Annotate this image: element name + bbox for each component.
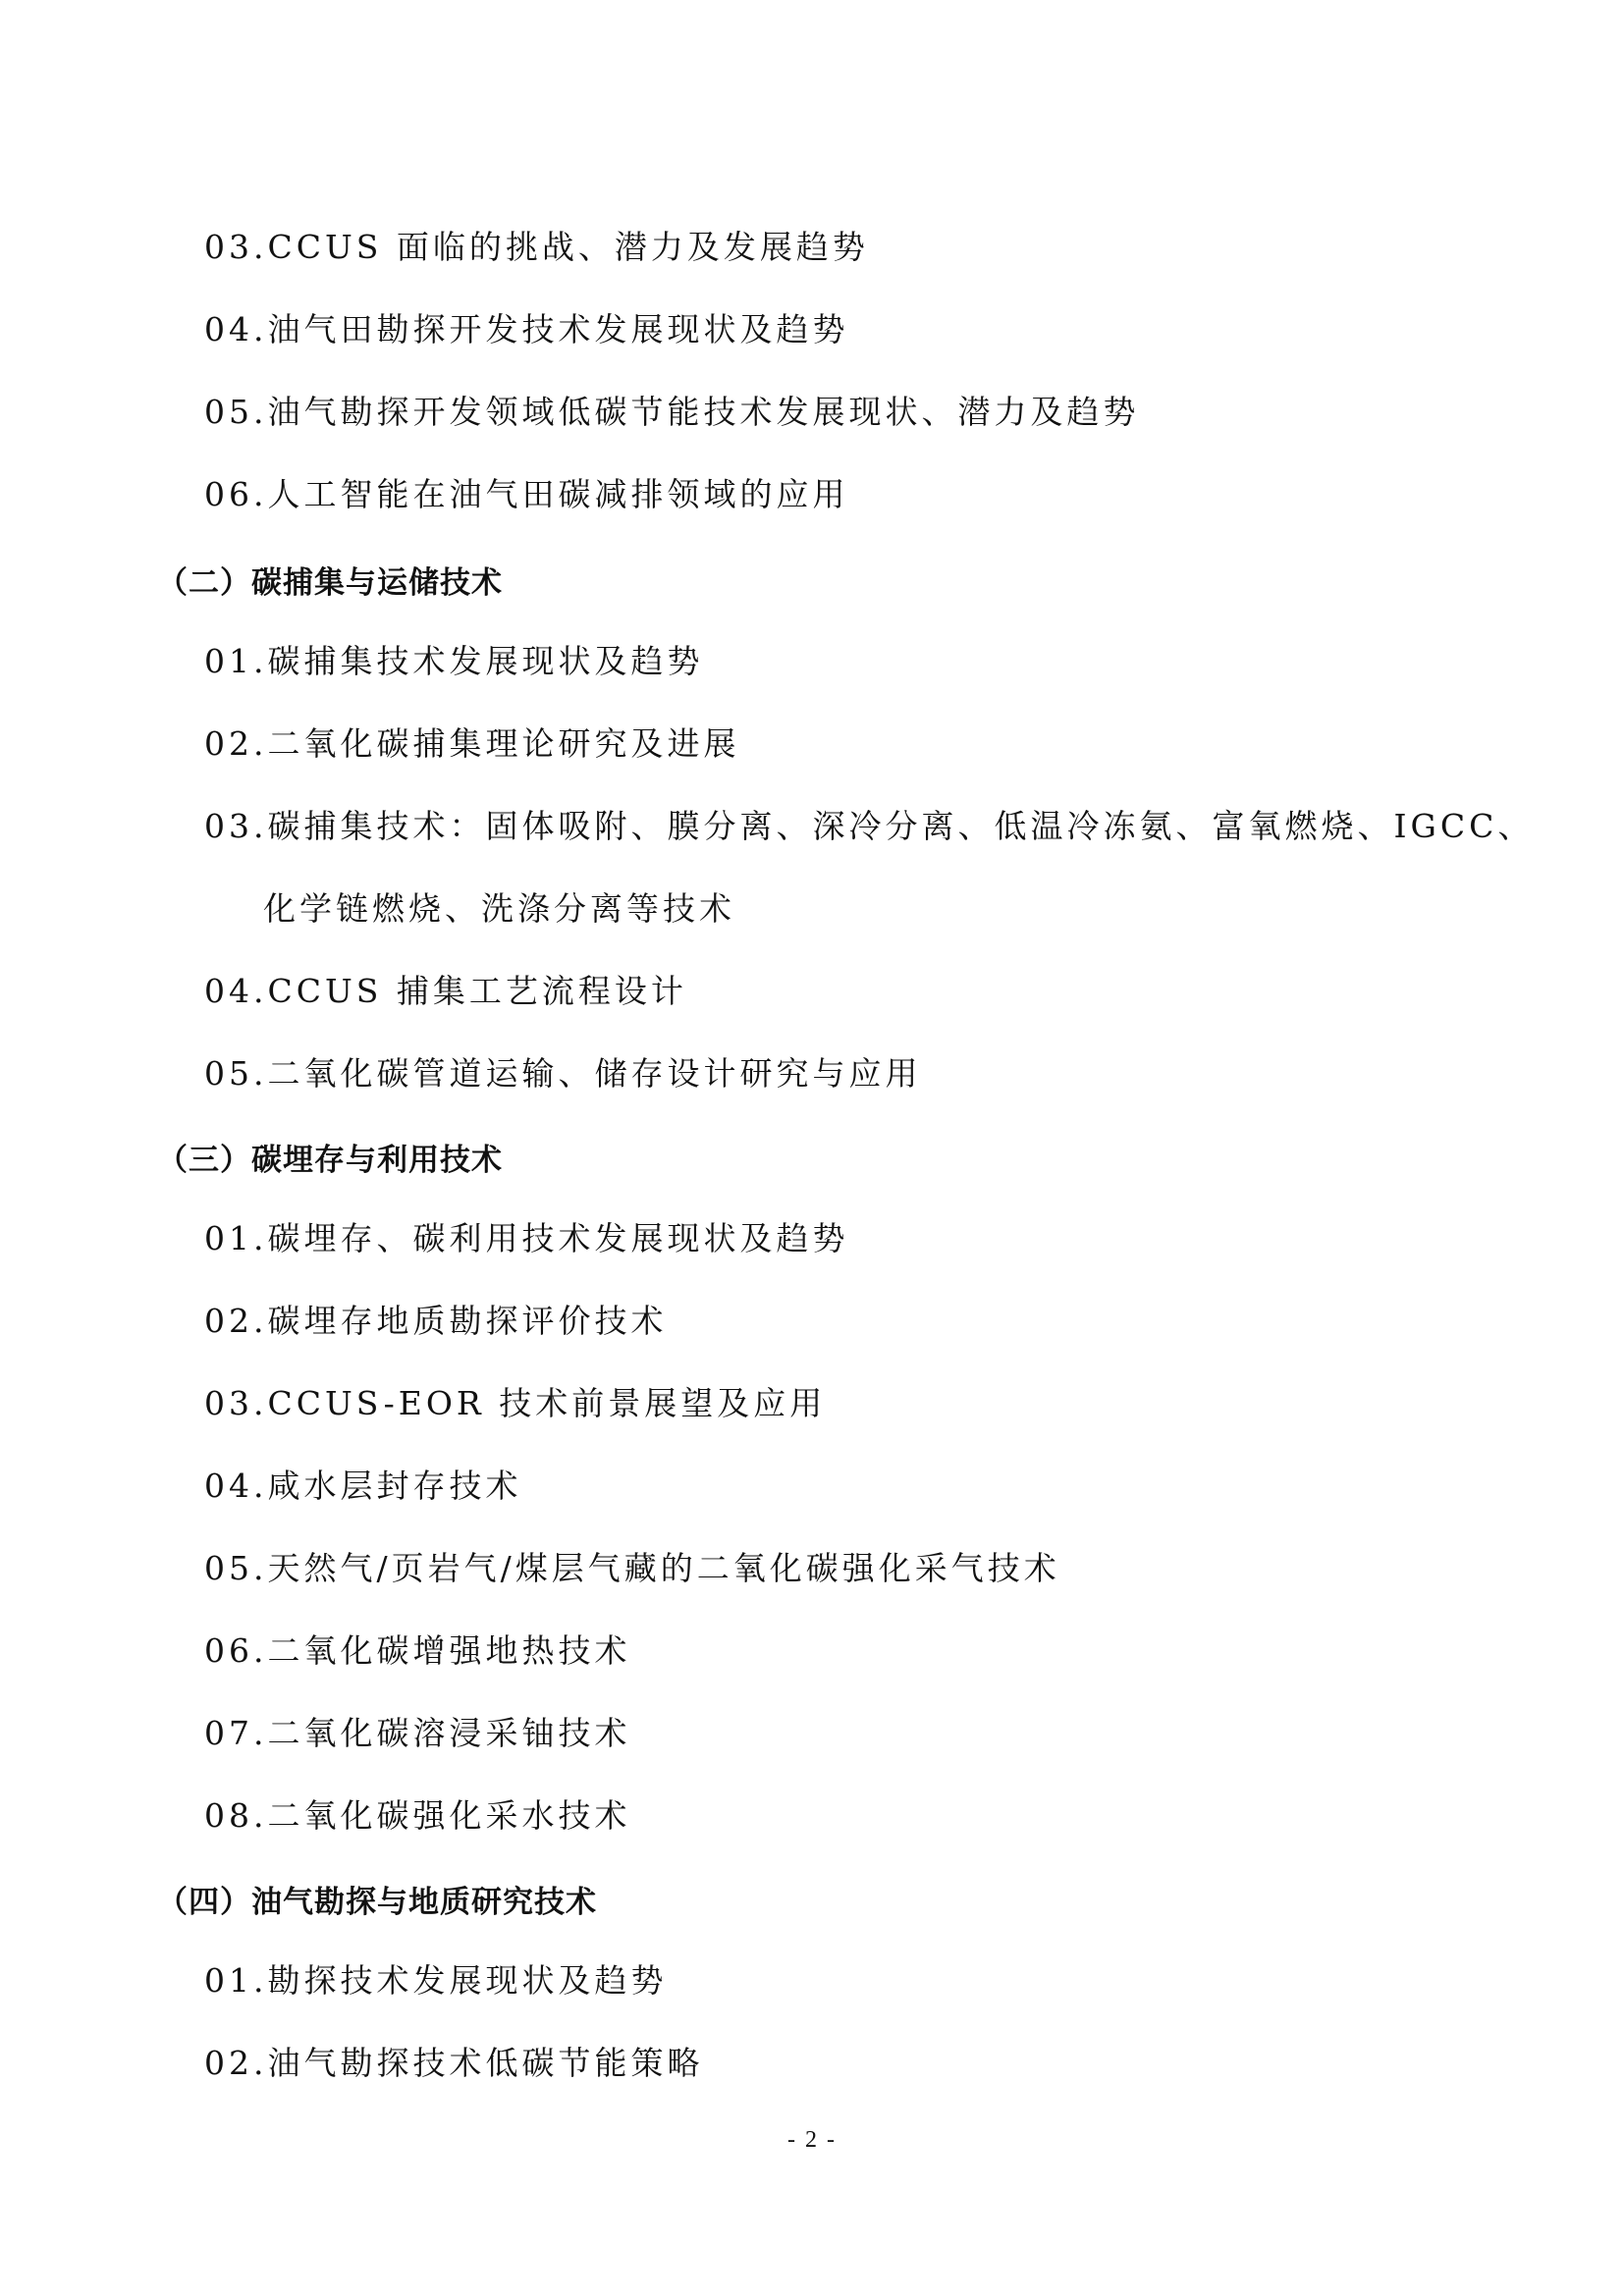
list-item: 04.CCUS 捕集工艺流程设计: [204, 972, 687, 1011]
list-item: 03.CCUS-EOR 技术前景展望及应用: [204, 1384, 826, 1423]
list-item: 05.天然气/页岩气/煤层气藏的二氧化碳强化采气技术: [204, 1549, 1060, 1588]
list-item-continuation: 化学链燃烧、洗涤分离等技术: [263, 889, 735, 929]
section-heading: （二）碳捕集与运储技术: [157, 563, 503, 603]
list-item: 05.二氧化碳管道运输、储存设计研究与应用: [204, 1054, 921, 1094]
page-number: - 2 -: [0, 2127, 1624, 2154]
list-item: 06.人工智能在油气田碳减排领域的应用: [204, 475, 848, 514]
list-item: 05.油气勘探开发领域低碳节能技术发展现状、潜力及趋势: [204, 393, 1139, 432]
list-item: 01.碳捕集技术发展现状及趋势: [204, 642, 703, 681]
list-item: 06.二氧化碳增强地热技术: [204, 1631, 630, 1671]
document-page: 03.CCUS 面临的挑战、潜力及发展趋势 04.油气田勘探开发技术发展现状及趋…: [0, 0, 1624, 2296]
list-item: 02.二氧化碳捕集理论研究及进展: [204, 724, 739, 764]
list-item: 07.二氧化碳溶浸采铀技术: [204, 1714, 630, 1753]
section-heading: （四）油气勘探与地质研究技术: [157, 1883, 597, 1922]
list-item: 03.碳捕集技术：固体吸附、膜分离、深冷分离、低温冷冻氨、富氧燃烧、IGCC、: [204, 807, 1534, 846]
list-item: 01.勘探技术发展现状及趋势: [204, 1961, 667, 2001]
list-item: 02.碳埋存地质勘探评价技术: [204, 1302, 667, 1341]
list-item: 04.咸水层封存技术: [204, 1467, 521, 1506]
list-item: 04.油气田勘探开发技术发展现状及趋势: [204, 310, 848, 349]
list-item: 03.CCUS 面临的挑战、潜力及发展趋势: [204, 228, 869, 267]
list-item: 01.碳埋存、碳利用技术发展现状及趋势: [204, 1219, 848, 1258]
list-item: 02.油气勘探技术低碳节能策略: [204, 2044, 703, 2083]
list-item: 08.二氧化碳强化采水技术: [204, 1796, 630, 1836]
section-heading: （三）碳埋存与利用技术: [157, 1141, 503, 1180]
